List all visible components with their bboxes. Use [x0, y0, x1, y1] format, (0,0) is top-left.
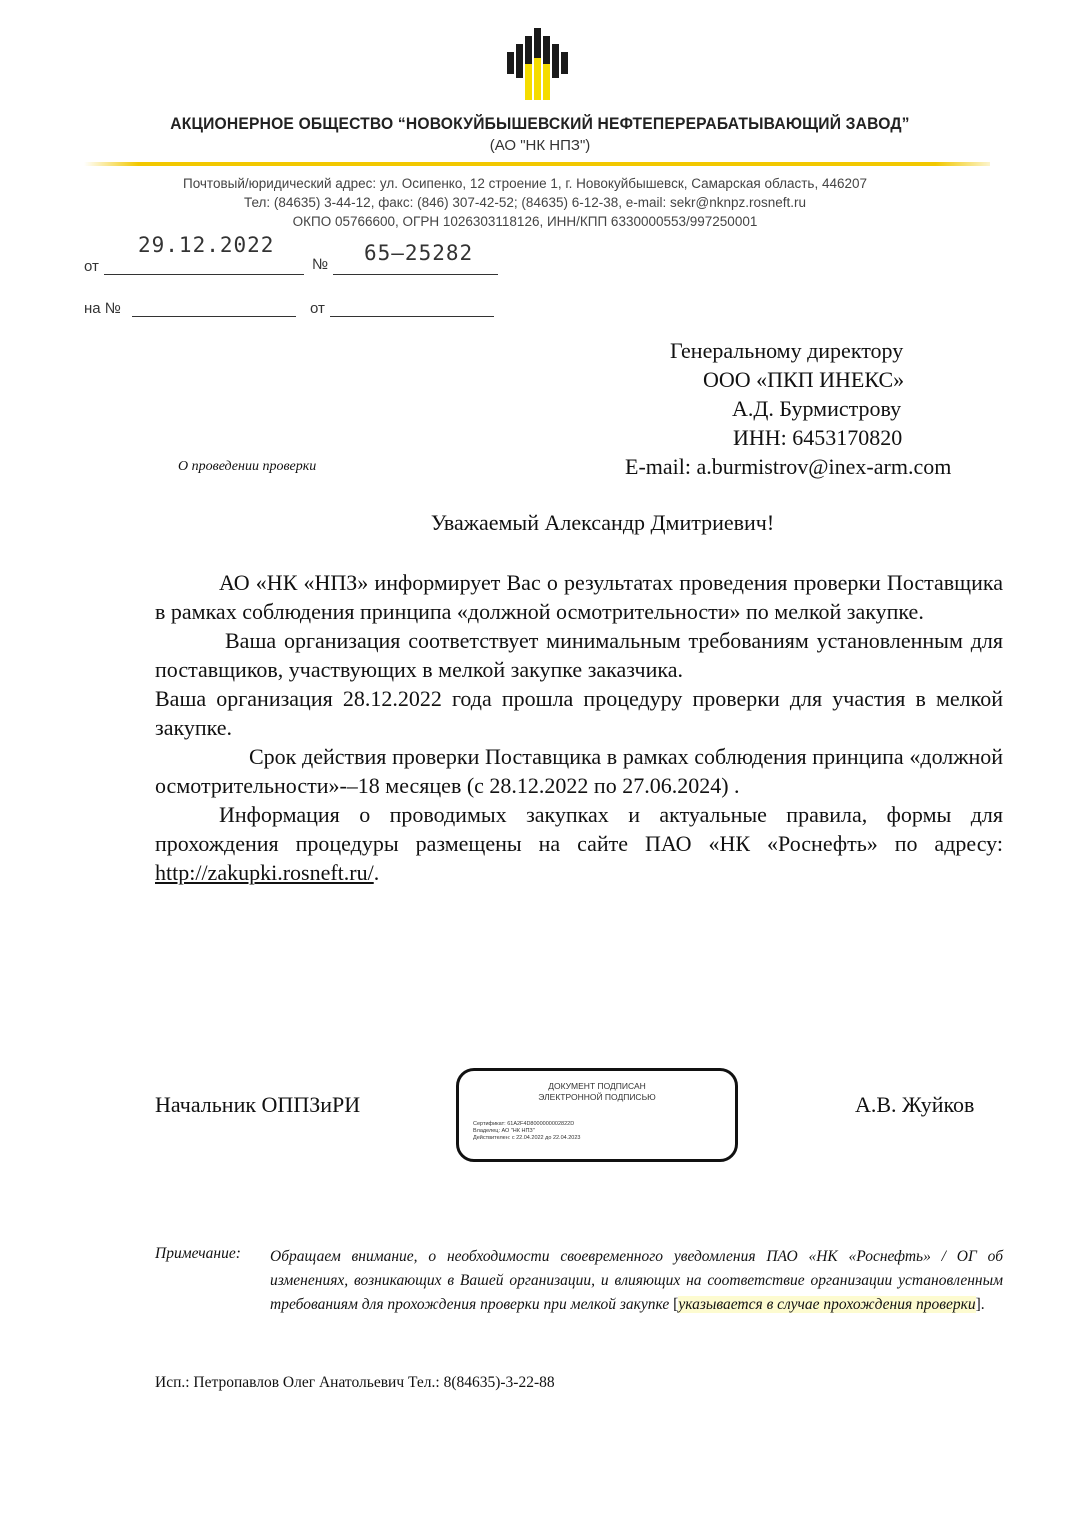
org-short-name: (АО "НК НПЗ"): [0, 137, 1080, 154]
addressee-inn: ИНН: 6453170820: [733, 423, 902, 452]
sentence-end: .: [374, 860, 380, 885]
note-text: Обращаем внимание, о необходимости своев…: [270, 1245, 1003, 1317]
body-paragraph: Ваша организация соответствует минимальн…: [155, 626, 1003, 684]
reply-from-label: от: [310, 300, 325, 317]
body-paragraph: Срок действия проверки Поставщика в рамк…: [155, 742, 1003, 800]
reply-number-line: [132, 316, 296, 317]
procurement-info-text: Информация о проводимых закупках и актуа…: [155, 802, 1003, 856]
date-line: [104, 274, 304, 275]
electronic-signature-stamp: ДОКУМЕНТ ПОДПИСАН ЭЛЕКТРОННОЙ ПОДПИСЬЮ С…: [456, 1068, 738, 1162]
from-label: от: [84, 258, 99, 275]
stamp-owner: Владелец: АО "НК НПЗ": [473, 1128, 535, 1134]
letter-subject: О проведении проверки: [178, 459, 316, 475]
addressee-name: А.Д. Бурмистрову: [732, 394, 901, 423]
stamp-validity: Действителен: с 22.04.2022 до 22.04.2023: [473, 1135, 580, 1141]
outgoing-date: 29.12.2022: [138, 233, 274, 257]
addressee-email: E-mail: a.burmistrov@inex-arm.com: [625, 452, 951, 481]
stamp-heading: ДОКУМЕНТ ПОДПИСАН: [459, 1081, 735, 1091]
body-paragraph: Информация о проводимых закупках и актуа…: [155, 800, 1003, 887]
addressee-company: ООО «ПКП ИНЕКС»: [703, 365, 904, 394]
note-label: Примечание:: [155, 1245, 241, 1263]
body-paragraph: АО «НК «НПЗ» информирует Вас о результат…: [155, 568, 1003, 626]
org-address: Почтовый/юридический адрес: ул. Осипенко…: [0, 176, 1050, 191]
body-paragraph: Ваша организация 28.12.2022 года прошла …: [155, 684, 1003, 742]
letterhead-divider: [84, 162, 990, 166]
addressee-position: Генеральному директору: [670, 336, 903, 365]
greeting: Уважаемый Александр Дмитриевич!: [0, 510, 1080, 536]
number-label: №: [312, 256, 328, 273]
number-line: [333, 274, 498, 275]
reply-from-line: [330, 316, 494, 317]
note-highlight: указывается в случае прохождения проверк…: [678, 1296, 975, 1313]
org-phones: Тел: (84635) 3-44-12, факс: (846) 307-42…: [0, 195, 1050, 210]
executor-contact: Исп.: Петропавлов Олег Анатольевич Тел.:…: [155, 1374, 555, 1392]
reply-number-label: на №: [84, 300, 121, 317]
org-registry: ОКПО 05766600, ОГРН 1026303118126, ИНН/К…: [0, 214, 1050, 229]
signatory-name: А.В. Жуйков: [855, 1092, 974, 1118]
letter-body: АО «НК «НПЗ» информирует Вас о результат…: [155, 568, 1003, 887]
procurement-site-link[interactable]: http://zakupki.rosneft.ru/: [155, 860, 374, 885]
org-full-name: АКЦИОНЕРНОЕ ОБЩЕСТВО “НОВОКУЙБЫШЕВСКИЙ Н…: [43, 114, 1037, 134]
outgoing-number: 65–25282: [364, 241, 473, 265]
stamp-heading: ЭЛЕКТРОННОЙ ПОДПИСЬЮ: [459, 1092, 735, 1102]
note-bracket: ].: [976, 1296, 985, 1313]
stamp-certificate: Сертификат: 61А2F4D8000000002822D: [473, 1121, 574, 1127]
signatory-position: Начальник ОППЗиРИ: [155, 1092, 360, 1118]
rosneft-logo-icon: [505, 22, 575, 102]
